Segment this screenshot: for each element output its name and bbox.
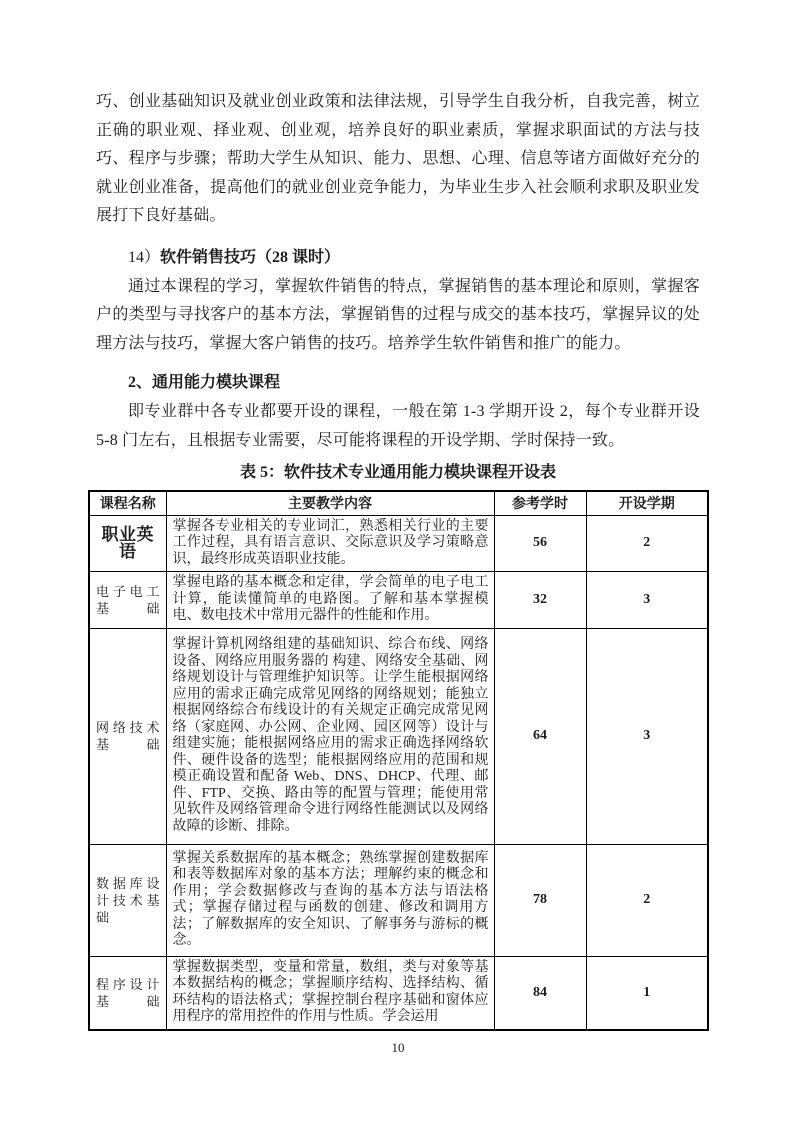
table-row: 程序设计基础 掌握数据类型，变量和常量，数组，类与对象等基本数据结构的概念；掌握… <box>89 956 708 1030</box>
section-2-heading: 2、通用能力模块课程 <box>96 368 700 398</box>
course-semester: 3 <box>586 628 708 844</box>
course-hours: 56 <box>494 515 586 572</box>
course-name: 网络技术基础 <box>89 628 166 844</box>
course-semester: 1 <box>586 956 708 1030</box>
course-hours: 84 <box>494 956 586 1030</box>
course-hours: 64 <box>494 628 586 844</box>
section-14-title: 软件销售技巧（28 课时） <box>160 249 340 266</box>
section-14-heading: 14）软件销售技巧（28 课时） <box>96 243 700 273</box>
course-content: 掌握电路的基本概念和定律，学会简单的电子电工计算，能读懂简单的电路图。了解和基本… <box>166 572 494 629</box>
course-table-header: 课程名称 主要教学内容 参考学时 开设学期 <box>89 491 708 515</box>
course-content: 掌握关系数据库的基本概念；熟练掌握创建数据库和表等数据库对象的基本方法；理解约束… <box>166 844 494 956</box>
course-table-body: 职业英语 掌握各专业相关的专业词汇，熟悉相关行业的主要工作过程，具有语言意识、交… <box>89 515 708 1030</box>
header-course: 课程名称 <box>89 491 166 515</box>
course-content: 掌握各专业相关的专业词汇，熟悉相关行业的主要工作过程，具有语言意识、交际意识及学… <box>166 515 494 572</box>
document-page: 巧、创业基础知识及就业创业政策和法律法规，引导学生自我分析，自我完善，树立正确的… <box>0 0 793 1122</box>
table-row: 职业英语 掌握各专业相关的专业词汇，熟悉相关行业的主要工作过程，具有语言意识、交… <box>89 515 708 572</box>
table-row: 电子电工基础 掌握电路的基本概念和定律，学会简单的电子电工计算，能读懂简单的电路… <box>89 572 708 629</box>
section-14-body: 通过本课程的学习，掌握软件销售的特点，掌握销售的基本理论和原则，掌握客户的类型与… <box>96 273 700 359</box>
course-hours: 32 <box>494 572 586 629</box>
course-content: 掌握计算机网络组建的基础知识、综合布线、网络设备、网络应用服务器的 构建、网络安… <box>166 628 494 844</box>
section-2-body: 即专业群中各专业都要开设的课程，一般在第 1-3 学期开设 2，每个专业群开设 … <box>96 398 700 455</box>
header-content: 主要教学内容 <box>166 491 494 515</box>
header-semester: 开设学期 <box>586 491 708 515</box>
course-name: 职业英语 <box>89 515 166 572</box>
page-content: 巧、创业基础知识及就业创业政策和法律法规，引导学生自我分析，自我完善，树立正确的… <box>0 0 793 1056</box>
course-name: 电子电工基础 <box>89 572 166 629</box>
table-row: 数据库设计技术基础 掌握关系数据库的基本概念；熟练掌握创建数据库和表等数据库对象… <box>89 844 708 956</box>
course-name: 程序设计基础 <box>89 956 166 1030</box>
paragraph-continued: 巧、创业基础知识及就业创业政策和法律法规，引导学生自我分析，自我完善，树立正确的… <box>96 88 700 231</box>
course-hours: 78 <box>494 844 586 956</box>
page-number: 10 <box>96 1040 700 1056</box>
section-14-number: 14） <box>128 249 160 266</box>
header-row: 课程名称 主要教学内容 参考学时 开设学期 <box>89 491 708 515</box>
course-semester: 2 <box>586 515 708 572</box>
table-title: 表 5：软件技术专业通用能力模块课程开设表 <box>96 459 700 487</box>
table-row: 网络技术基础 掌握计算机网络组建的基础知识、综合布线、网络设备、网络应用服务器的… <box>89 628 708 844</box>
header-hours: 参考学时 <box>494 491 586 515</box>
course-semester: 2 <box>586 844 708 956</box>
course-semester: 3 <box>586 572 708 629</box>
course-name: 数据库设计技术基础 <box>89 844 166 956</box>
course-table: 课程名称 主要教学内容 参考学时 开设学期 职业英语 掌握各专业相关的专业词汇，… <box>88 490 709 1031</box>
course-content: 掌握数据类型，变量和常量，数组，类与对象等基本数据结构的概念；掌握顺序结构、选择… <box>166 956 494 1030</box>
